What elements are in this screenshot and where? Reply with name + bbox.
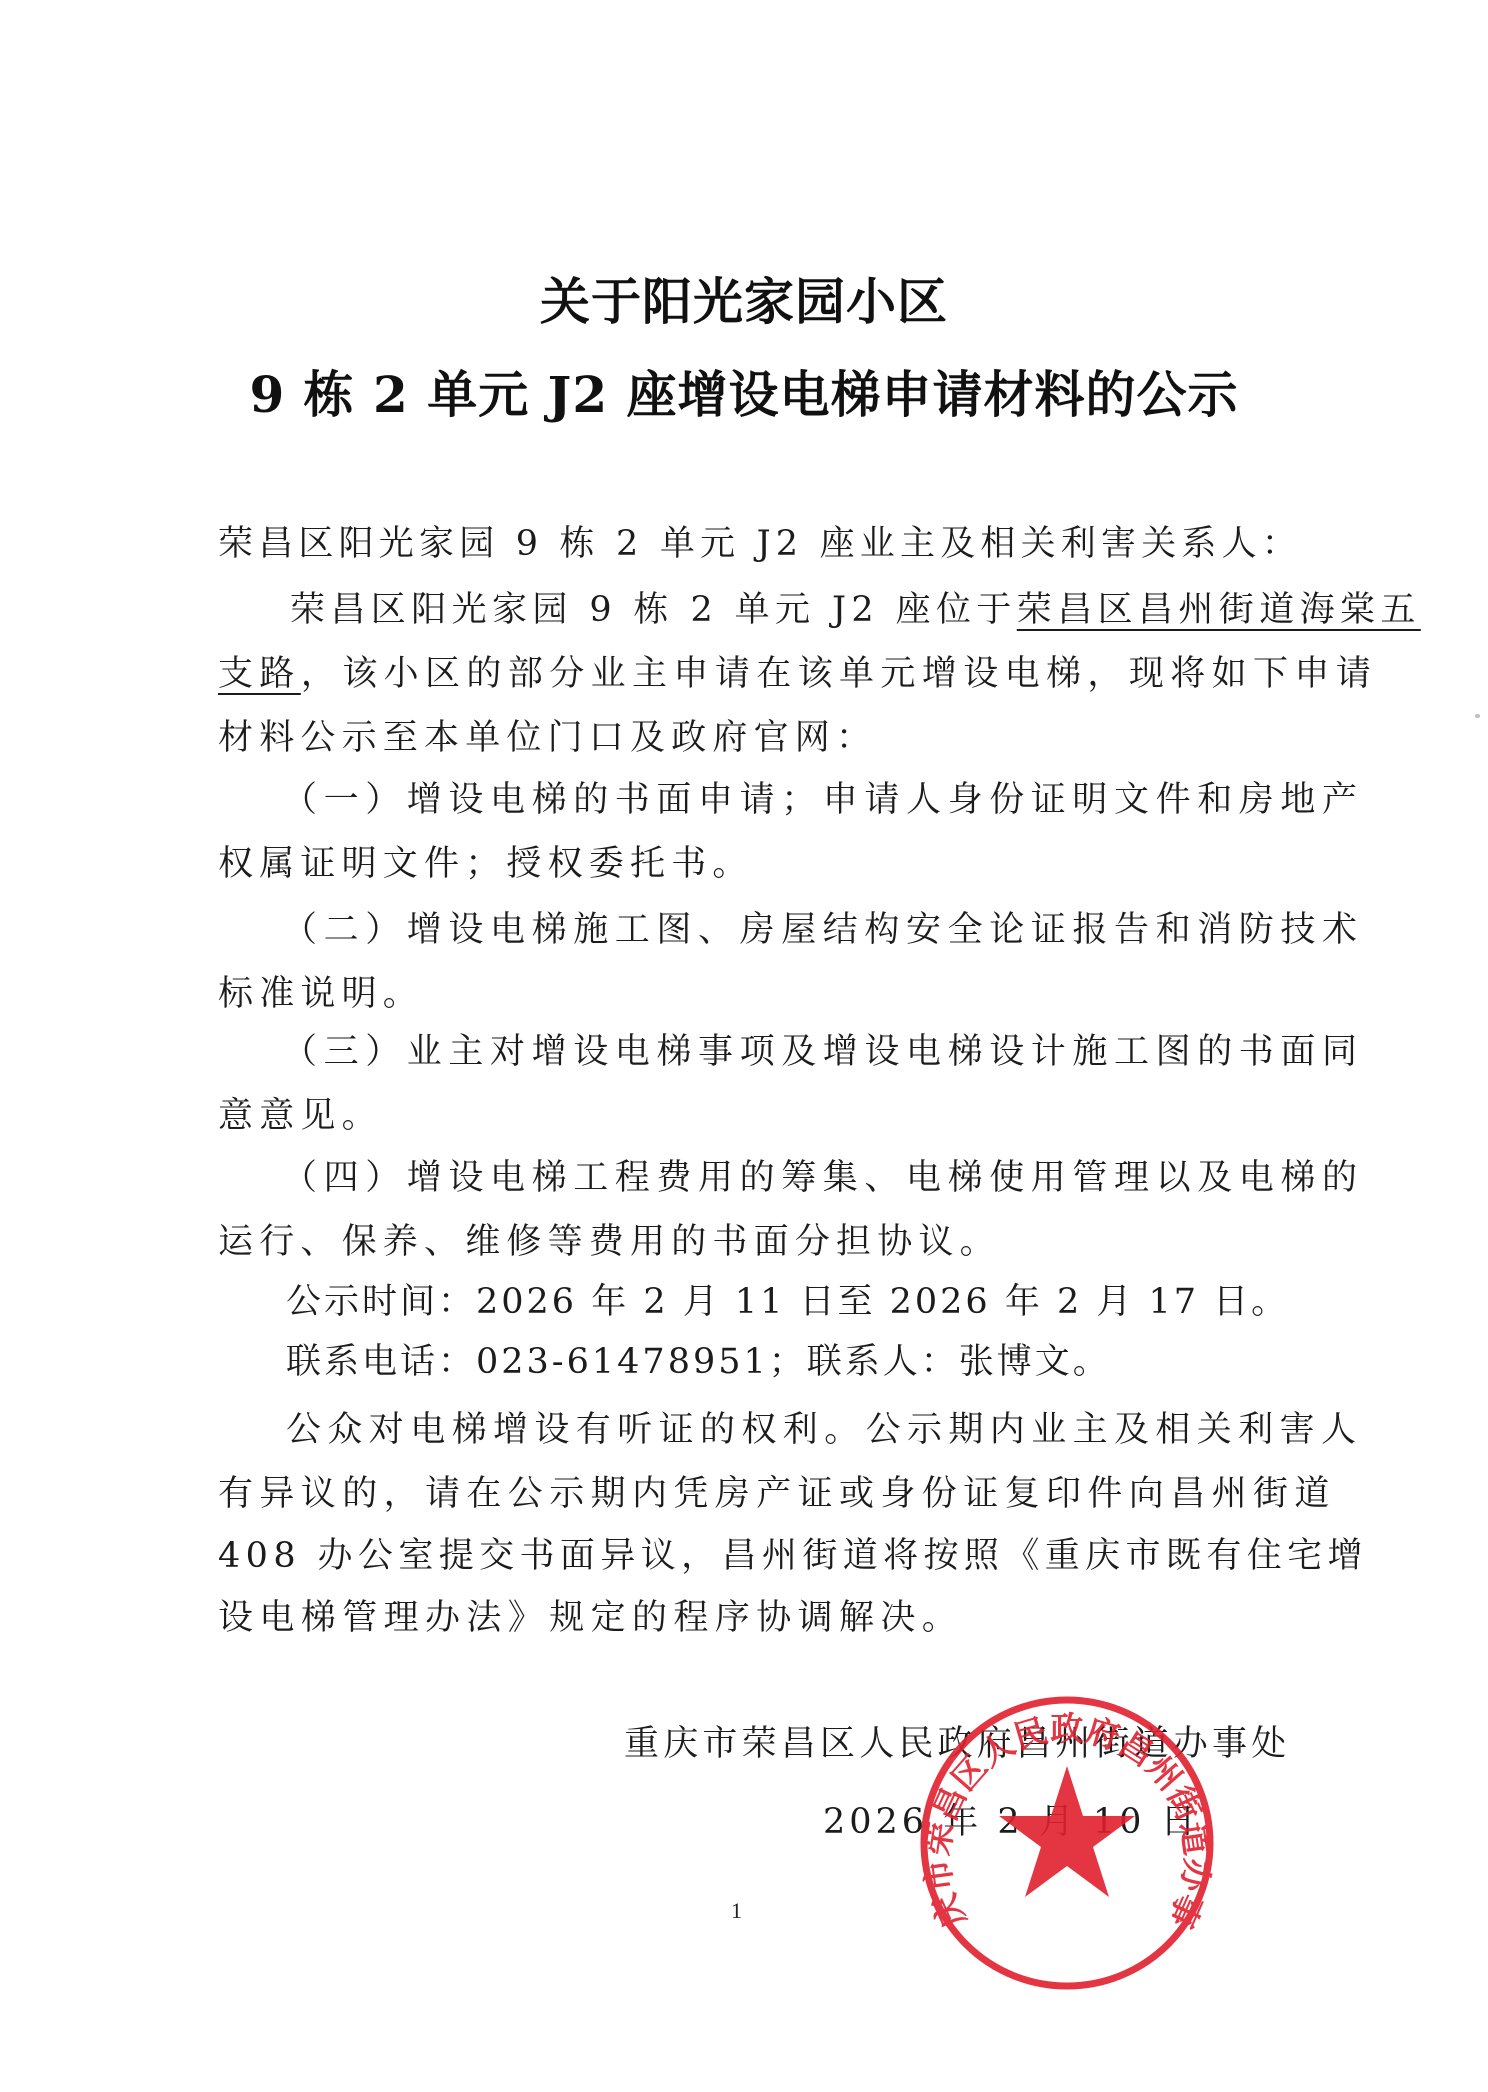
scan-speck [1475,714,1480,718]
objection-line-2: 有异议的，请在公示期内凭房产证或身份证复印件向昌州街道 [218,1472,1336,1516]
item-2-line-2: 标准说明。 [218,972,424,1016]
item-2-line-1: （二）增设电梯施工图、房屋结构安全论证报告和消防技术 [282,908,1364,952]
salutation: 荣昌区阳光家园 9 栋 2 单元 J2 座业主及相关利害关系人： [218,522,1302,566]
issue-date: 2026 年 2 月 10 日 [823,1800,1200,1844]
objection-line-4: 设电梯管理办法》规定的程序协调解决。 [218,1596,963,1640]
objection-line-1: 公众对电梯增设有听证的权利。公示期内业主及相关利害人 [286,1408,1362,1452]
address-underlined-2: 支路 [218,654,301,694]
page-number: 1 [731,1898,742,1924]
item-1-line-1: （一）增设电梯的书面申请；申请人身份证明文件和房地产 [282,778,1364,822]
notice-period: 公示时间：2026 年 2 月 11 日至 2026 年 2 月 17 日。 [286,1280,1289,1324]
intro-prefix: 荣昌区阳光家园 9 栋 2 单元 J2 座位于 [290,590,1017,630]
title-line-2: 9 栋 2 单元 J2 座增设电梯申请材料的公示 [0,355,1488,427]
title-line-1: 关于阳光家园小区 [0,262,1488,334]
item-4-line-2: 运行、保养、维修等费用的书面分担协议。 [218,1220,1001,1264]
objection-line-3: 408 办公室提交书面异议，昌州街道将按照《重庆市既有住宅增 [218,1534,1368,1578]
item-4-line-1: （四）增设电梯工程费用的筹集、电梯使用管理以及电梯的 [282,1156,1364,1200]
issuer-name: 重庆市荣昌区人民政府昌州街道办事处 [624,1722,1290,1766]
intro-line-1: 荣昌区阳光家园 9 栋 2 单元 J2 座位于荣昌区昌州街道海棠五 [290,588,1421,632]
intro-line-2: 支路，该小区的部分业主申请在该单元增设电梯，现将如下申请 [218,652,1377,696]
item-3-line-1: （三）业主对增设电梯事项及增设电梯设计施工图的书面同 [282,1030,1364,1074]
contact-info: 联系电话：023-61478951；联系人：张博文。 [286,1340,1111,1384]
address-underlined-1: 荣昌区昌州街道海棠五 [1017,590,1421,630]
item-3-line-2: 意意见。 [218,1094,383,1138]
item-1-line-2: 权属证明文件；授权委托书。 [218,842,754,886]
intro-rest: ，该小区的部分业主申请在该单元增设电梯，现将如下申请 [301,654,1377,694]
intro-line-3: 材料公示至本单位门口及政府官网： [218,716,877,760]
